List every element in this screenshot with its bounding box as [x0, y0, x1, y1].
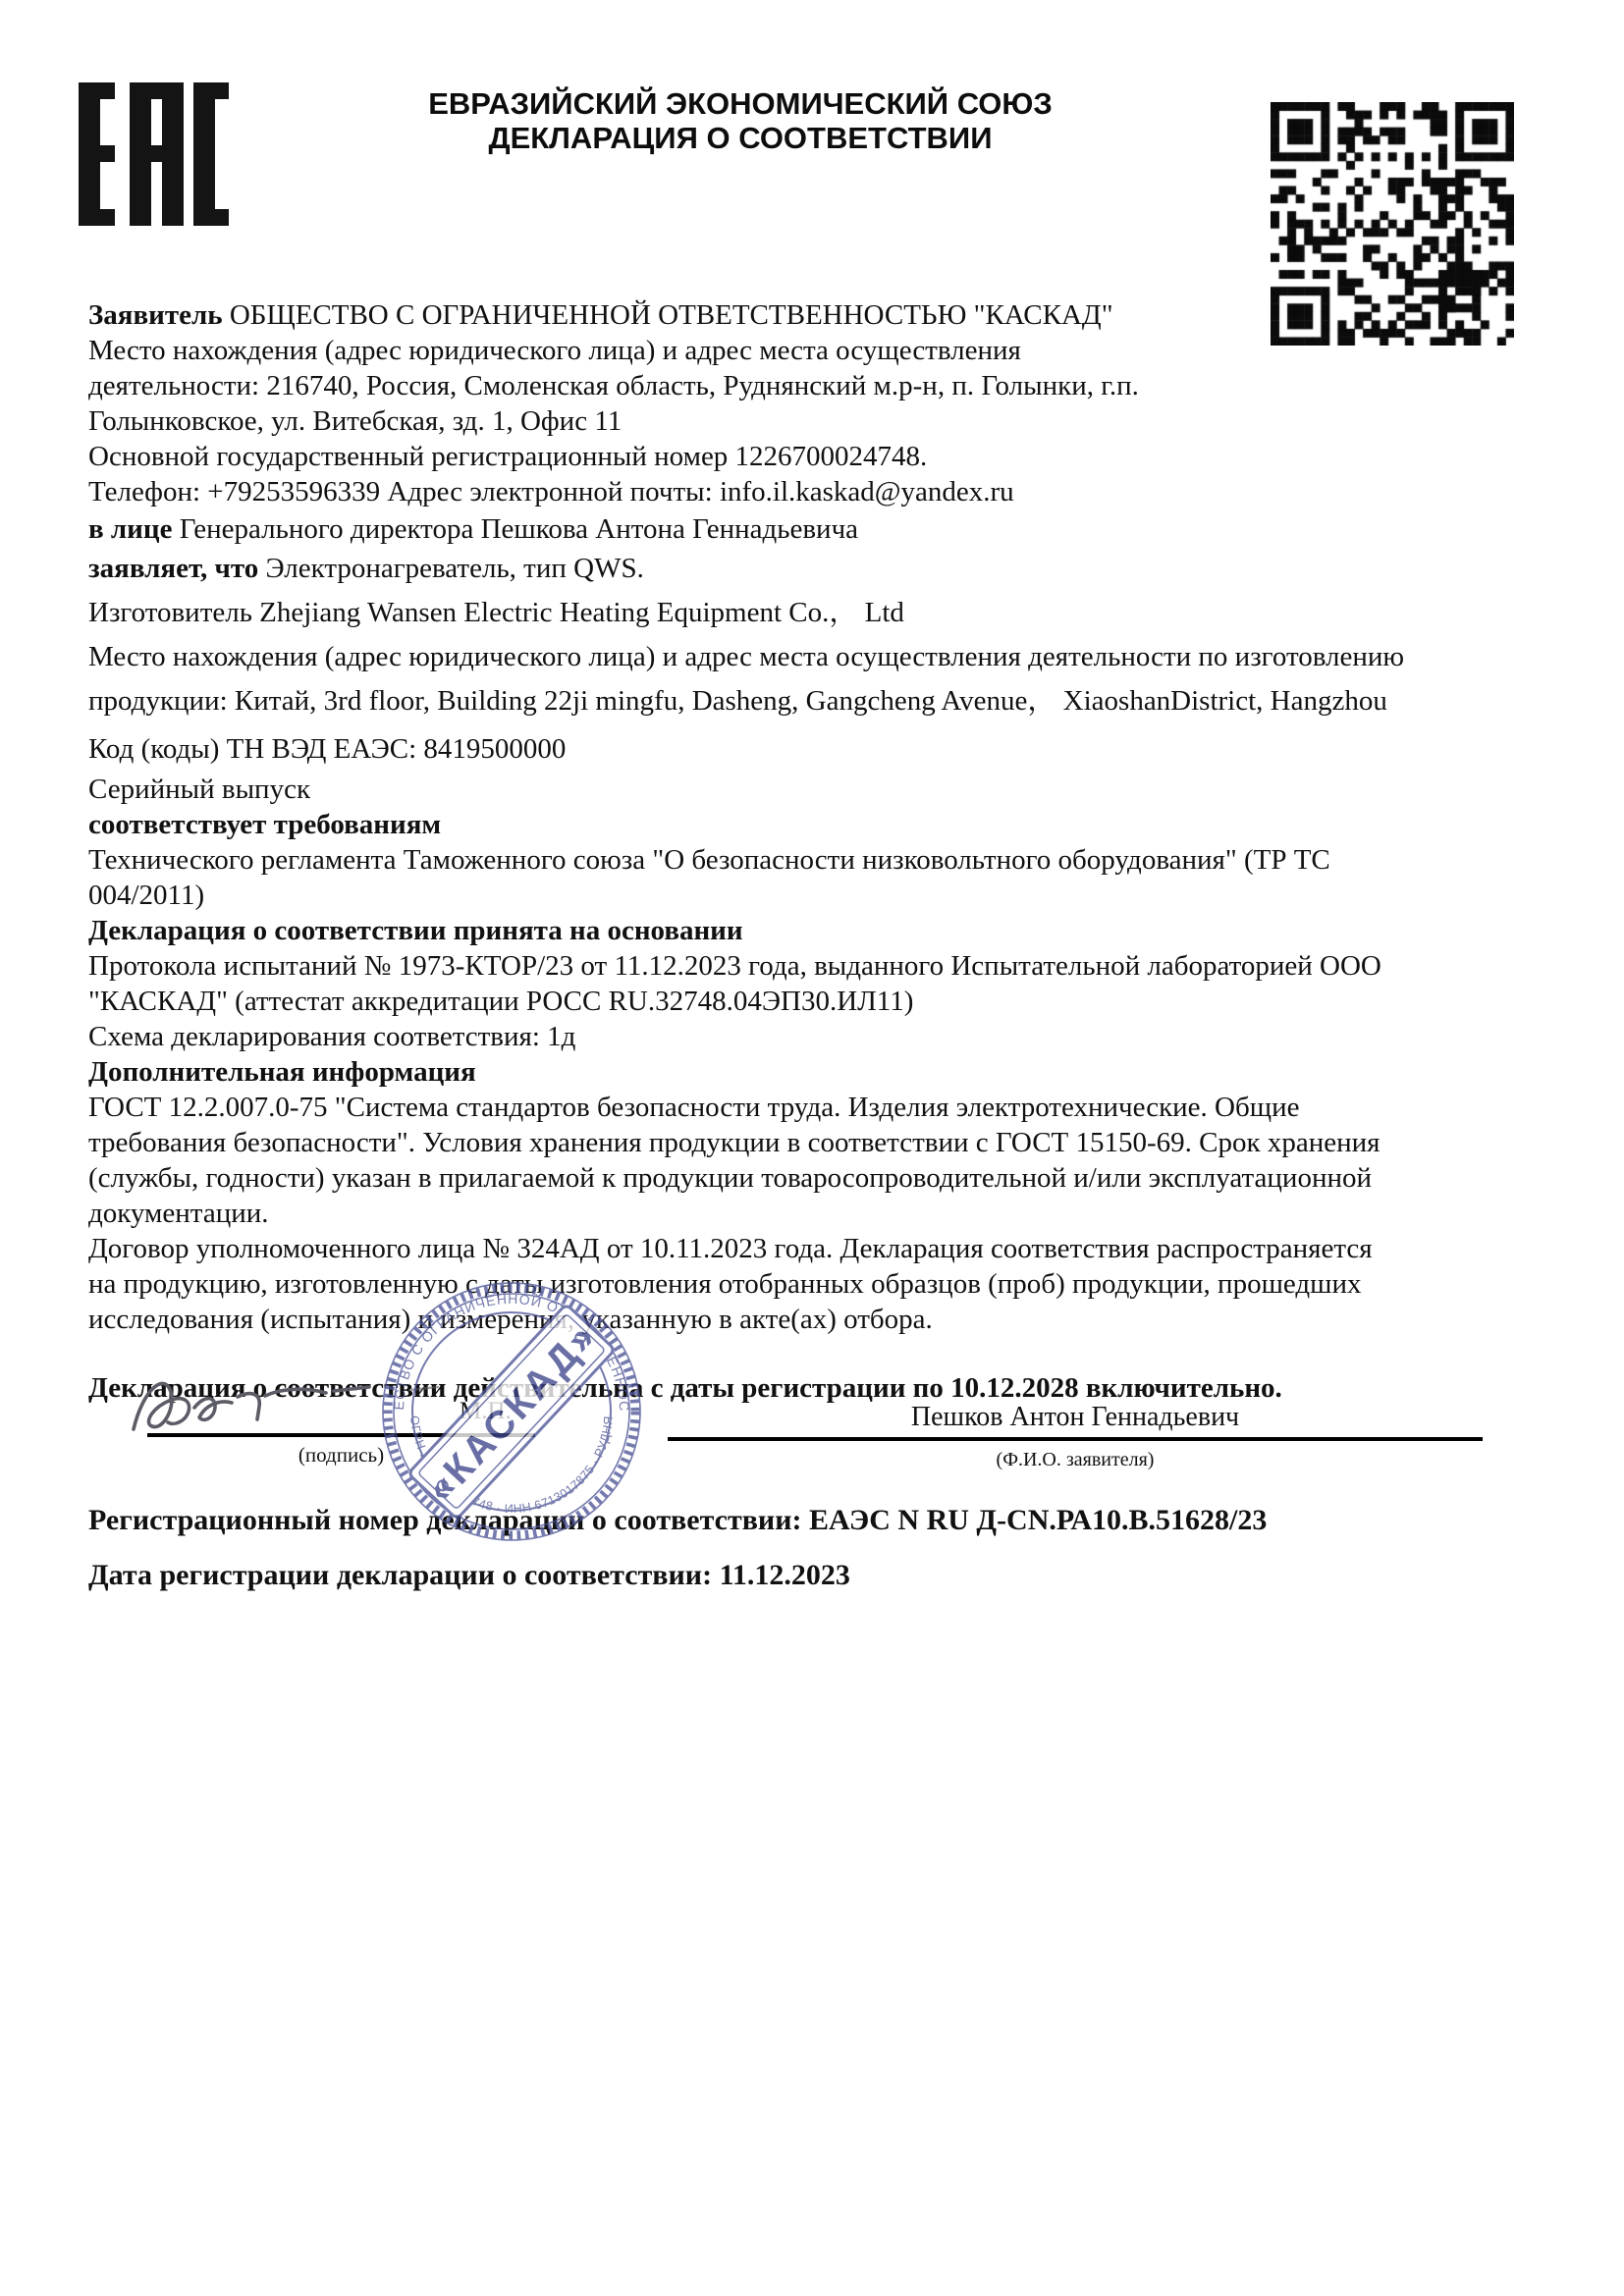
- registration-date-line: Дата регистрации декларации о соответств…: [88, 1559, 1512, 1592]
- paragraph: заявляет, что Электронагреватель, тип QW…: [88, 547, 1551, 591]
- applicant-name: Пешков Антон Геннадьевич: [668, 1402, 1483, 1433]
- paragraph: ГОСТ 12.2.007.0-75 "Система стандартов б…: [88, 1090, 1551, 1231]
- paragraph: Договор уполномоченного лица № 324АД от …: [88, 1231, 1551, 1337]
- company-stamp: ОБЩЕСТВО С ОГРАНИЧЕННОЙ ОТВЕТСТВЕННОСТЬЮ…: [378, 1278, 645, 1545]
- paragraph: Заявитель ОБЩЕСТВО С ОГРАНИЧЕННОЙ ОТВЕТС…: [88, 297, 1551, 509]
- applicant-name-caption: (Ф.И.О. заявителя): [668, 1449, 1483, 1471]
- paragraph: Серийный выпуск: [88, 772, 1551, 807]
- paragraph: Схема декларирования соответствия: 1д: [88, 1019, 1551, 1054]
- paragraph: Протокола испытаний № 1973-КТОР/23 от 11…: [88, 948, 1551, 1019]
- eac-logo: [79, 82, 229, 226]
- paragraph: в лице Генерального директора Пешкова Ан…: [88, 511, 1551, 547]
- applicant-name-line: [668, 1437, 1483, 1441]
- document-page: ЕВРАЗИЙСКИЙ ЭКОНОМИЧЕСКИЙ СОЮЗ ДЕКЛАРАЦИ…: [0, 0, 1624, 2296]
- paragraph-lead: заявляет, что: [88, 553, 266, 584]
- paragraph: Дополнительная информация: [88, 1054, 1551, 1090]
- body-paragraphs: Заявитель ОБЩЕСТВО С ОГРАНИЧЕННОЙ ОТВЕТС…: [88, 297, 1551, 1337]
- stamp-banner: «КАСКАД»: [408, 1305, 616, 1520]
- paragraph-lead: Заявитель: [88, 299, 230, 331]
- paragraph: Изготовитель Zhejiang Wansen Electric He…: [88, 591, 1551, 635]
- paragraph: соответствует требованиям: [88, 807, 1551, 842]
- title-line2: ДЕКЛАРАЦИЯ О СООТВЕТСТВИИ: [489, 121, 993, 155]
- title-line1: ЕВРАЗИЙСКИЙ ЭКОНОМИЧЕСКИЙ СОЮЗ: [428, 86, 1053, 121]
- registration-number-line: Регистрационный номер декларации о соотв…: [88, 1504, 1512, 1537]
- paragraph: Место нахождения (адрес юридического лиц…: [88, 635, 1551, 723]
- paragraph: Декларация о соответствии принята на осн…: [88, 913, 1551, 948]
- paragraph-lead: в лице: [88, 513, 180, 545]
- paragraph: Код (коды) ТН ВЭД ЕАЭС: 8419500000: [88, 727, 1551, 772]
- paragraph: Технического регламента Таможенного союз…: [88, 842, 1551, 913]
- document-title: ЕВРАЗИЙСКИЙ ЭКОНОМИЧЕСКИЙ СОЮЗ ДЕКЛАРАЦИ…: [397, 86, 1084, 155]
